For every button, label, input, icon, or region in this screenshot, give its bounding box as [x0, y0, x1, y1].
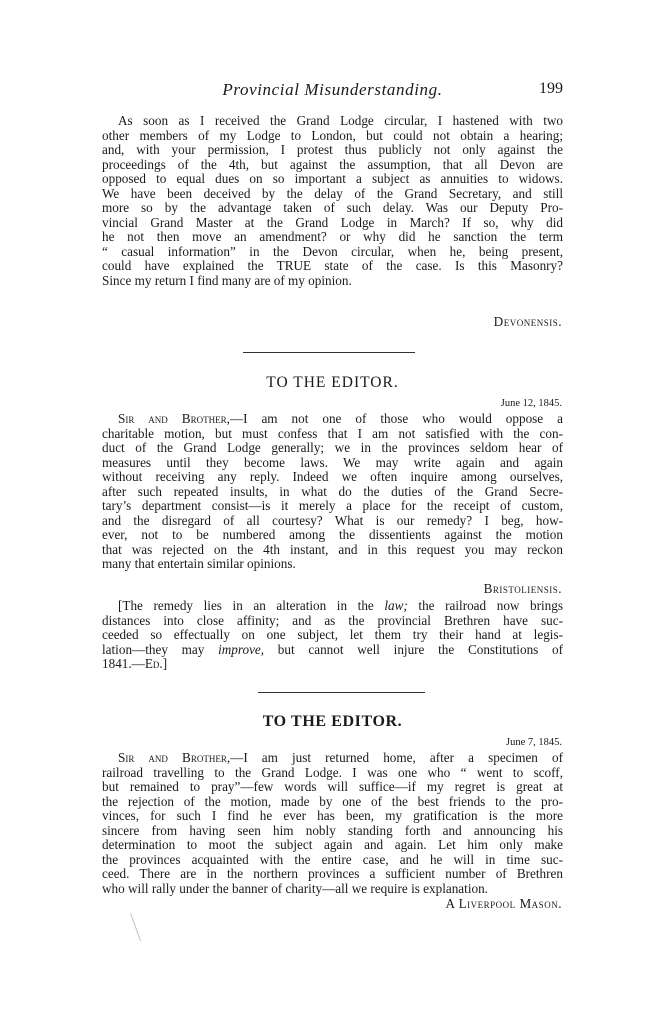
text-line: measures until they become laws. We may …: [102, 456, 563, 471]
text-line: vinces, for such I find he ever has been…: [102, 809, 563, 824]
text-line: other members of my Lodge to London, but…: [102, 129, 563, 144]
text-line: the provinces acquainted with the entire…: [102, 853, 563, 868]
letter-heading: TO THE EDITOR.: [102, 374, 563, 392]
letter-date: June 7, 1845.: [506, 737, 562, 748]
text-line: Sir and Brother,—I am just returned home…: [102, 751, 563, 766]
letter-date: June 12, 1845.: [501, 398, 562, 409]
text-line: ceed. There are in the northern province…: [102, 867, 563, 882]
editor-note: [The remedy lies in an alteration in the…: [102, 599, 563, 672]
text-line: We have been deceived by the delay of th…: [102, 187, 563, 202]
text-line: proceedings of the 4th, but against the …: [102, 158, 563, 173]
text-line: Sir and Brother,—I am not one of those w…: [102, 412, 563, 427]
running-head: Provincial Misunderstanding. 199: [102, 80, 563, 102]
running-title: Provincial Misunderstanding.: [102, 80, 563, 100]
text-line: opposed to equal dues on so important a …: [102, 172, 563, 187]
text-line: that was rejected on the 4th instant, an…: [102, 543, 563, 558]
text-line: after such repeated insults, in what do …: [102, 485, 563, 500]
letter-heading: TO THE EDITOR.: [102, 713, 563, 731]
text-line: 1841.—Ed.]: [102, 657, 563, 672]
signature-liverpool-mason: A Liverpool Mason.: [446, 896, 562, 912]
text-line: lation—they may improve, but cannot well…: [102, 643, 563, 658]
section-divider: [243, 352, 415, 353]
letter-bristoliensis: Sir and Brother,—I am not one of those w…: [102, 412, 563, 572]
letter-devonensis: As soon as I received the Grand Lodge ci…: [102, 114, 563, 289]
document-page: Provincial Misunderstanding. 199 As soon…: [0, 0, 671, 1010]
text-line: he not then move an amendment? or why di…: [102, 230, 563, 245]
text-line: more so by the advantage taken of such d…: [102, 201, 563, 216]
text-line: could have explained the TRUE state of t…: [102, 259, 563, 274]
text-line: [The remedy lies in an alteration in the…: [102, 599, 563, 614]
text-line: railroad travelling to the Grand Lodge. …: [102, 766, 563, 781]
salutation: Sir and Brother,: [118, 411, 230, 426]
text-line: determination to moot the subject again …: [102, 838, 563, 853]
signature-bristoliensis: Bristoliensis.: [484, 581, 562, 597]
text-line: As soon as I received the Grand Lodge ci…: [102, 114, 563, 129]
salutation: Sir and Brother,: [118, 750, 230, 765]
text-line: without receiving any reply. Indeed we o…: [102, 470, 563, 485]
text-line: and, with your permission, I protest thu…: [102, 143, 563, 158]
section-divider: [258, 692, 425, 693]
text-line: distances into close affinity; and as th…: [102, 614, 563, 629]
text-line: tary’s department consist—is it merely a…: [102, 499, 563, 514]
scan-mark: [130, 913, 141, 942]
text-line: ever, not to be numbered among the disse…: [102, 528, 563, 543]
text-line: and the disregard of all courtesy? What …: [102, 514, 563, 529]
text-line: the rejection of the motion, made by one…: [102, 795, 563, 810]
text-line: but remained to pray”—few words will suf…: [102, 780, 563, 795]
page-number: 199: [539, 80, 563, 98]
text-line: duct of the Grand Lodge generally; we in…: [102, 441, 563, 456]
text-line: sincere from having seen him nobly stand…: [102, 824, 563, 839]
text-line: who will rally under the banner of chari…: [102, 882, 563, 897]
text-line: charitable motion, but must confess that…: [102, 427, 563, 442]
text-line: ceeded so effectually on one subject, le…: [102, 628, 563, 643]
text-line: vincial Grand Master at the Grand Lodge …: [102, 216, 563, 231]
text-line: many that entertain similar opinions.: [102, 557, 563, 572]
signature-devonensis: Devonensis.: [494, 314, 562, 330]
text-line: “ casual information” in the Devon circu…: [102, 245, 563, 260]
text-line: Since my return I find many are of my op…: [102, 274, 563, 289]
letter-liverpool-mason: Sir and Brother,—I am just returned home…: [102, 751, 563, 896]
